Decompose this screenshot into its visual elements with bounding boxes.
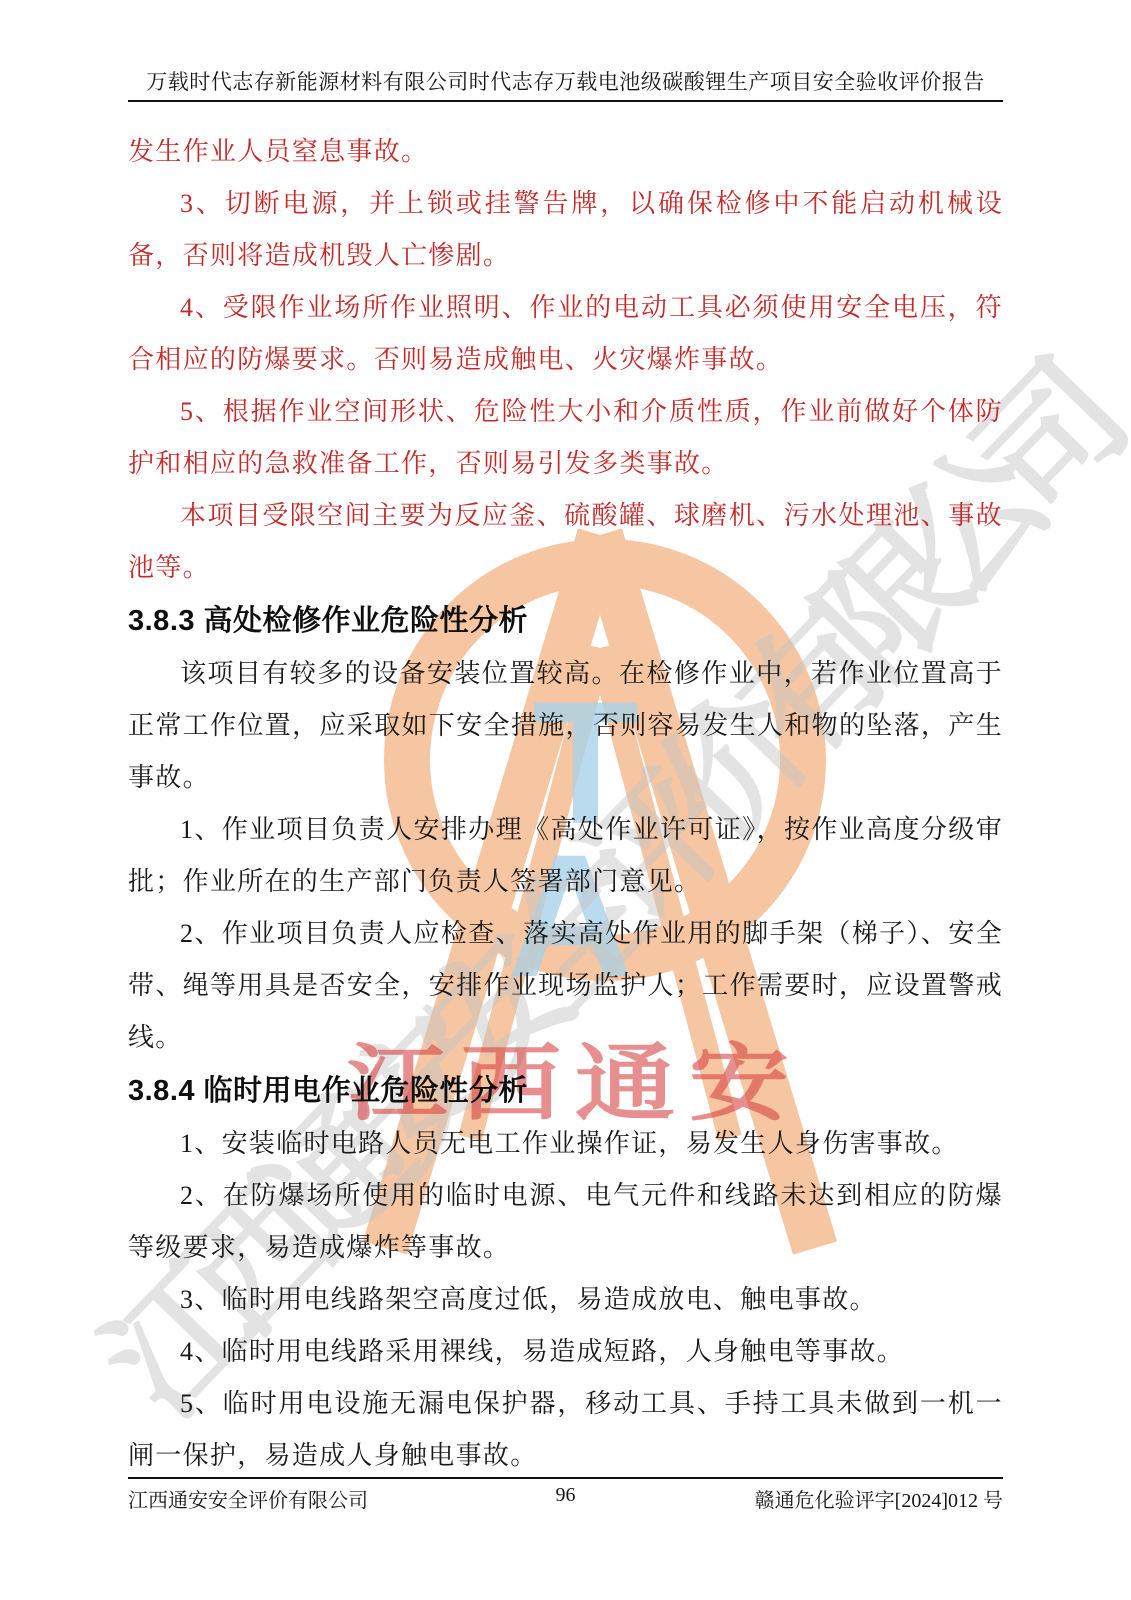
paragraph: 3、临时用电线路架空高度过低，易造成放电、触电事故。 bbox=[128, 1274, 1003, 1326]
footer-divider bbox=[128, 1477, 1003, 1479]
paragraph: 4、受限作业场所作业照明、作业的电动工具必须使用安全电压，符合相应的防爆要求。否… bbox=[128, 282, 1003, 386]
paragraph: 2、在防爆场所使用的临时电源、电气元件和线路未达到相应的防爆等级要求，易造成爆炸… bbox=[128, 1170, 1003, 1274]
section-heading: 3.8.4 临时用电作业危险性分析 bbox=[128, 1064, 1003, 1118]
paragraph: 该项目有较多的设备安装位置较高。在检修作业中，若作业位置高于正常工作位置，应采取… bbox=[128, 648, 1003, 804]
paragraph: 5、根据作业空间形状、危险性大小和介质性质，作业前做好个体防护和相应的急救准备工… bbox=[128, 386, 1003, 490]
header-divider bbox=[128, 100, 1003, 102]
paragraph: 1、作业项目负责人安排办理《高处作业许可证》，按作业高度分级审批；作业所在的生产… bbox=[128, 804, 1003, 908]
paragraph: 发生作业人员窒息事故。 bbox=[128, 126, 1003, 178]
footer-company-name: 江西通安安全评价有限公司 bbox=[128, 1484, 368, 1513]
paragraph: 本项目受限空间主要为反应釜、硫酸罐、球磨机、污水处理池、事故池等。 bbox=[128, 490, 1003, 594]
paragraph: 4、临时用电线路采用裸线，易造成短路，人身触电等事故。 bbox=[128, 1326, 1003, 1378]
paragraph: 5、临时用电设施无漏电保护器，移动工具、手持工具未做到一机一闸一保护，易造成人身… bbox=[128, 1378, 1003, 1482]
document-body: 发生作业人员窒息事故。 3、切断电源，并上锁或挂警告牌，以确保检修中不能启动机械… bbox=[128, 112, 1003, 1482]
paragraph: 1、安装临时电路人员无电工作业操作证，易发生人身伤害事故。 bbox=[128, 1118, 1003, 1170]
document-page: T A 江西通安安全评价有限公司 江西通安 万载时代志存新能源材料有限公司时代志… bbox=[0, 0, 1131, 1600]
section-heading: 3.8.3 高处检修作业危险性分析 bbox=[128, 594, 1003, 648]
page-header-title: 万载时代志存新能源材料有限公司时代志存万载电池级碳酸锂生产项目安全验收评价报告 bbox=[0, 66, 1131, 96]
paragraph: 3、切断电源，并上锁或挂警告牌，以确保检修中不能启动机械设备，否则将造成机毁人亡… bbox=[128, 178, 1003, 282]
page-footer: 96 江西通安安全评价有限公司 赣通危化验评字[2024]012 号 bbox=[128, 1484, 1003, 1513]
paragraph: 2、作业项目负责人应检查、落实高处作业用的脚手架（梯子）、安全带、绳等用具是否安… bbox=[128, 908, 1003, 1064]
footer-doc-number: 赣通危化验评字[2024]012 号 bbox=[755, 1484, 1003, 1513]
